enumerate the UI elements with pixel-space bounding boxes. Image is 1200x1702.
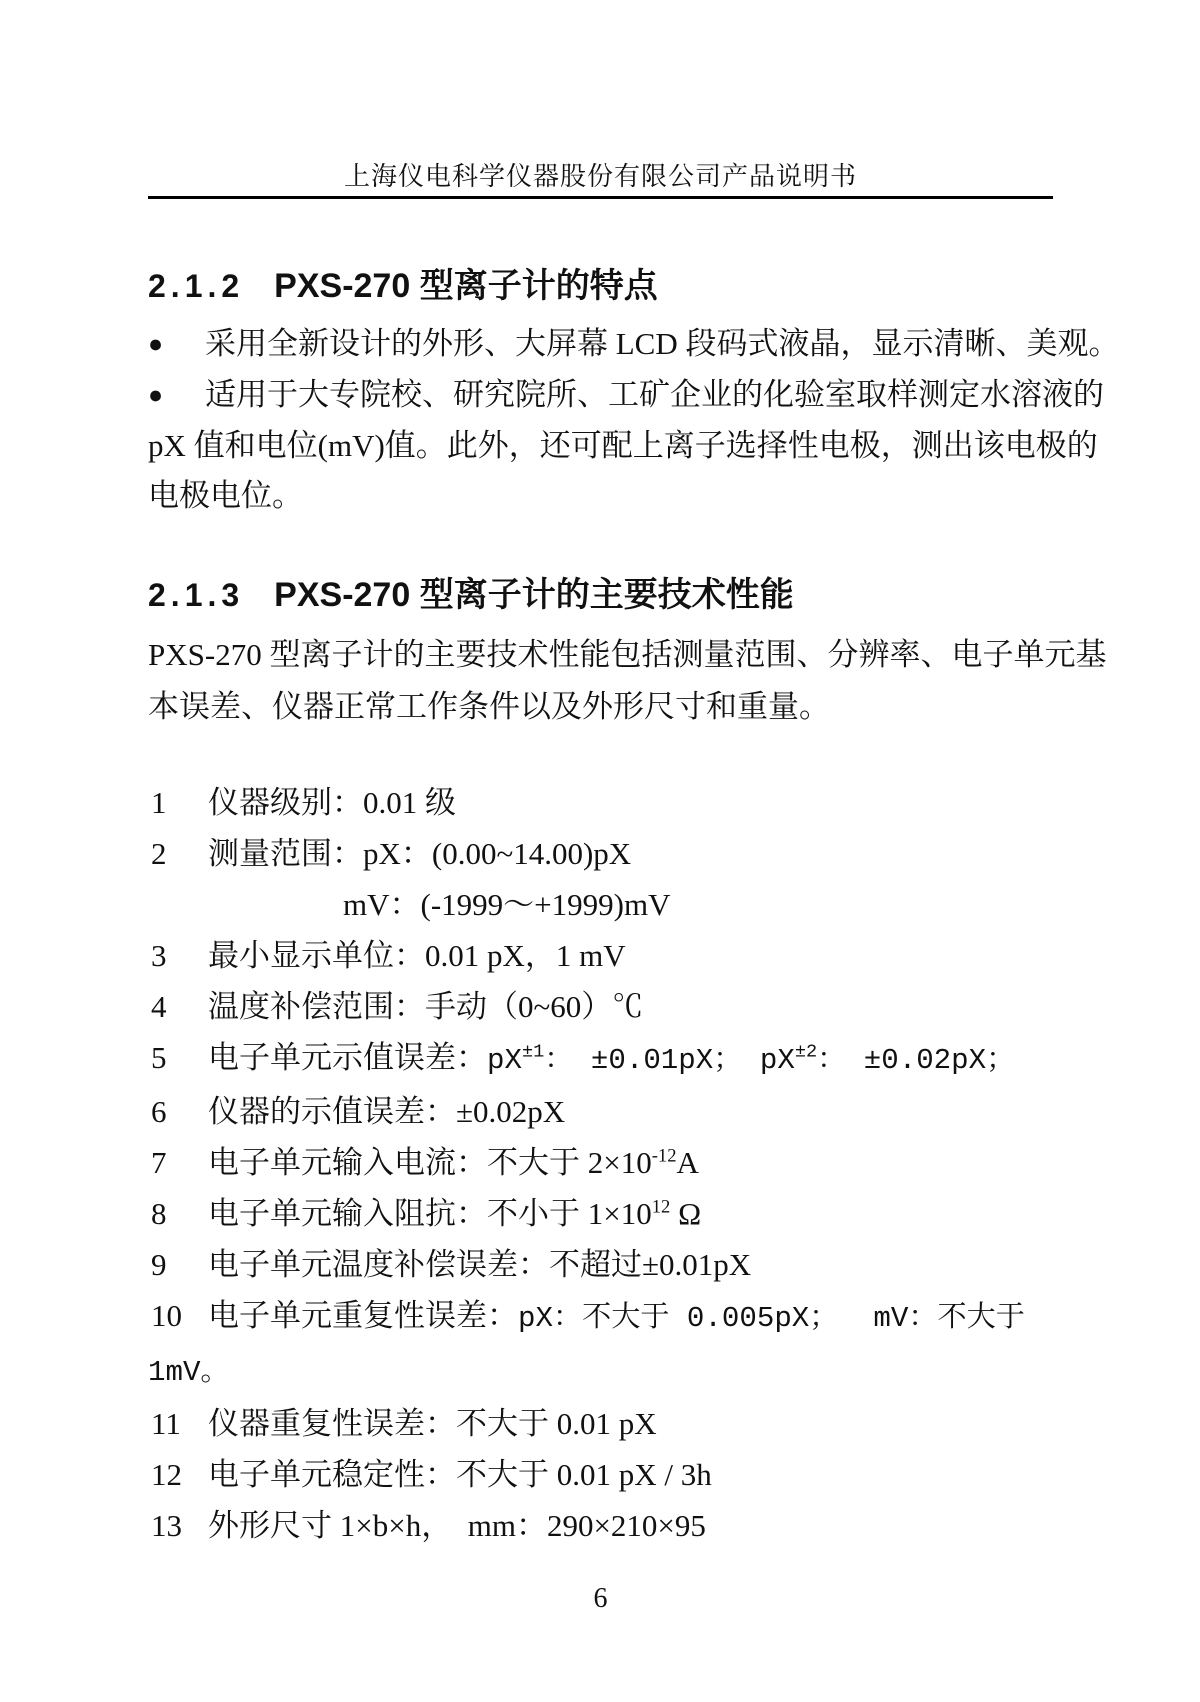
spec-item-2-continuation: mV：(-1999～+1999)mV — [148, 879, 1053, 930]
page-footer: 6 — [148, 1581, 1053, 1617]
spec-item-number: 5 — [148, 1032, 208, 1083]
intro-line: 本误差、仪器正常工作条件以及外形尺寸和重量。 — [148, 681, 1053, 733]
spec-item-3: 3最小显示单位：0.01 pX，1 mV — [148, 930, 1053, 981]
spec-item-number: 4 — [148, 981, 208, 1032]
intro-line: PXS-270 型离子计的主要技术性能包括测量范围、分辨率、电子单元基 — [148, 629, 1053, 681]
spec-item-number: 8 — [148, 1188, 208, 1239]
spec-list: 1仪器级别：0.01 级 2测量范围：pX：(0.00~14.00)pX mV：… — [148, 777, 1053, 1551]
spec-item-1: 1仪器级别：0.01 级 — [148, 777, 1053, 828]
bullet-item-line: ●采用全新设计的外形、大屏幕 LCD 段码式液晶，显示清晰、美观。 — [148, 319, 1053, 370]
bullet-wrap-line: pX 值和电位(mV)值。此外，还可配上离子选择性电极，测出该电极的 — [148, 421, 1053, 471]
header-title: 上海仪电科学仪器股份有限公司产品说明书 — [148, 161, 1053, 193]
header-rule — [148, 196, 1053, 199]
section-number: 2.1.2 — [148, 268, 244, 304]
bullet-icon: ● — [148, 320, 205, 370]
spec-item-number: 2 — [148, 828, 208, 879]
spec-item-number: 1 — [148, 777, 208, 828]
spec-item-number: 10 — [148, 1290, 208, 1341]
spec-item-text: 仪器级别：0.01 级 — [208, 785, 456, 820]
spec-item-4: 4温度补偿范围：手动（0~60）℃ — [148, 981, 1053, 1032]
section-heading-features: 2.1.2PXS-270 型离子计的特点 — [148, 267, 1053, 305]
spec-item-text: 温度补偿范围：手动（0~60）℃ — [208, 989, 643, 1024]
bullet-text: 采用全新设计的外形、大屏幕 LCD 段码式液晶，显示清晰、美观。 — [205, 326, 1120, 361]
section-title: PXS-270 型离子计的主要技术性能 — [274, 576, 794, 614]
spec-item-number: 6 — [148, 1086, 208, 1137]
spec-item-text: mV：(-1999～+1999)mV — [343, 887, 670, 922]
spec-item-2: 2测量范围：pX：(0.00~14.00)pX — [148, 828, 1053, 879]
specs-intro: PXS-270 型离子计的主要技术性能包括测量范围、分辨率、电子单元基 本误差、… — [148, 629, 1053, 733]
spec-item-7: 7电子单元输入电流：不大于 2×10-12A — [148, 1137, 1053, 1188]
spec-item-text: 电子单元输入电流：不大于 2×10-12A — [208, 1145, 699, 1180]
spec-item-5: 5电子单元示值误差：pX±1： ±0.01pX； pX±2： ±0.02pX； — [148, 1032, 1053, 1086]
spec-item-text: 仪器的示值误差：±0.02pX — [208, 1094, 565, 1129]
features-bullet-list: ●采用全新设计的外形、大屏幕 LCD 段码式液晶，显示清晰、美观。 ●适用于大专… — [148, 319, 1053, 521]
spec-item-10: 10电子单元重复性误差：pX：不大于 0.005pX； mV：不大于 1mV。 — [148, 1290, 1053, 1398]
spec-item-text: 电子单元输入阻抗：不小于 1×1012 Ω — [208, 1196, 701, 1231]
bullet-icon: ● — [148, 371, 205, 421]
spec-item-6: 6仪器的示值误差：±0.02pX — [148, 1086, 1053, 1137]
spec-item-text: 仪器重复性误差：不大于 0.01 pX — [208, 1406, 657, 1441]
spec-item-number: 11 — [148, 1398, 208, 1449]
section-heading-specs: 2.1.3PXS-270 型离子计的主要技术性能 — [148, 576, 1053, 614]
spec-item-text: 电子单元重复性误差：pX：不大于 0.005pX； mV：不大于 1mV。 — [148, 1298, 1042, 1387]
section-title: PXS-270 型离子计的特点 — [274, 267, 658, 305]
spec-item-number: 3 — [148, 930, 208, 981]
spec-item-13: 13外形尺寸 1×b×h， mm：290×210×95 — [148, 1500, 1053, 1551]
bullet-wrap-line: 电极电位。 — [148, 471, 1053, 521]
spec-item-number: 13 — [148, 1500, 208, 1551]
spec-item-12: 12电子单元稳定性：不大于 0.01 pX / 3h — [148, 1449, 1053, 1500]
page-content: 上海仪电科学仪器股份有限公司产品说明书 2.1.2PXS-270 型离子计的特点… — [148, 0, 1053, 1617]
spec-item-text: 电子单元示值误差：pX±1： ±0.01pX； pX±2： ±0.02pX； — [208, 1040, 1015, 1075]
spec-item-text: 最小显示单位：0.01 pX，1 mV — [208, 938, 626, 973]
spec-item-text: 电子单元温度补偿误差：不超过±0.01pX — [208, 1247, 751, 1282]
document-page: 上海仪电科学仪器股份有限公司产品说明书 2.1.2PXS-270 型离子计的特点… — [0, 0, 1200, 1702]
bullet-item-line: ●适用于大专院校、研究院所、工矿企业的化验室取样测定水溶液的 — [148, 370, 1053, 421]
spec-item-text: 外形尺寸 1×b×h， mm：290×210×95 — [208, 1508, 706, 1543]
spec-item-text: 电子单元稳定性：不大于 0.01 pX / 3h — [208, 1457, 712, 1492]
spec-item-text: 测量范围：pX：(0.00~14.00)pX — [208, 836, 631, 871]
bullet-text: 适用于大专院校、研究院所、工矿企业的化验室取样测定水溶液的 — [205, 377, 1104, 412]
spec-item-8: 8电子单元输入阻抗：不小于 1×1012 Ω — [148, 1188, 1053, 1239]
spec-item-number: 7 — [148, 1137, 208, 1188]
spec-item-number: 9 — [148, 1239, 208, 1290]
page-header: 上海仪电科学仪器股份有限公司产品说明书 — [148, 0, 1053, 199]
section-number: 2.1.3 — [148, 577, 244, 613]
spec-item-11: 11仪器重复性误差：不大于 0.01 pX — [148, 1398, 1053, 1449]
spec-item-9: 9电子单元温度补偿误差：不超过±0.01pX — [148, 1239, 1053, 1290]
page-number: 6 — [594, 1583, 608, 1614]
spec-item-number: 12 — [148, 1449, 208, 1500]
